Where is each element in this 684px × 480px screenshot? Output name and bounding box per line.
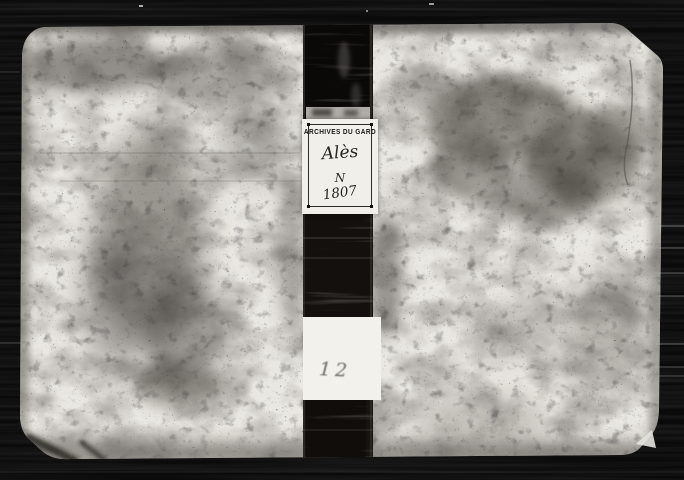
label-corner-dot (307, 123, 310, 126)
inventory-number: 12 (318, 358, 351, 382)
scan-viewport: ARCHIVES DU GARD Alès N 1807 12 (0, 0, 684, 480)
stain (25, 37, 165, 93)
stain (220, 95, 290, 185)
lower-spine-label: 12 (303, 317, 381, 400)
spine-label: ARCHIVES DU GARD Alès N 1807 (302, 119, 378, 214)
stain (145, 45, 285, 105)
stain (80, 230, 150, 370)
label-remnant-mark (312, 109, 332, 116)
spine-wear (351, 83, 361, 107)
stain (475, 305, 565, 355)
stain (390, 68, 450, 112)
speck (139, 5, 143, 7)
archive-name: ARCHIVES DU GARD (302, 128, 378, 136)
scanned-register-cover-image (0, 0, 684, 480)
speck (366, 10, 368, 12)
label-corner-dot (370, 205, 373, 208)
label-remnant-mark (344, 110, 358, 116)
stain (570, 270, 650, 390)
stain (410, 395, 550, 445)
speck (429, 3, 434, 5)
label-corner-dot (370, 123, 373, 126)
stain (135, 363, 225, 407)
stain (490, 165, 600, 225)
spine-wear (338, 42, 350, 78)
